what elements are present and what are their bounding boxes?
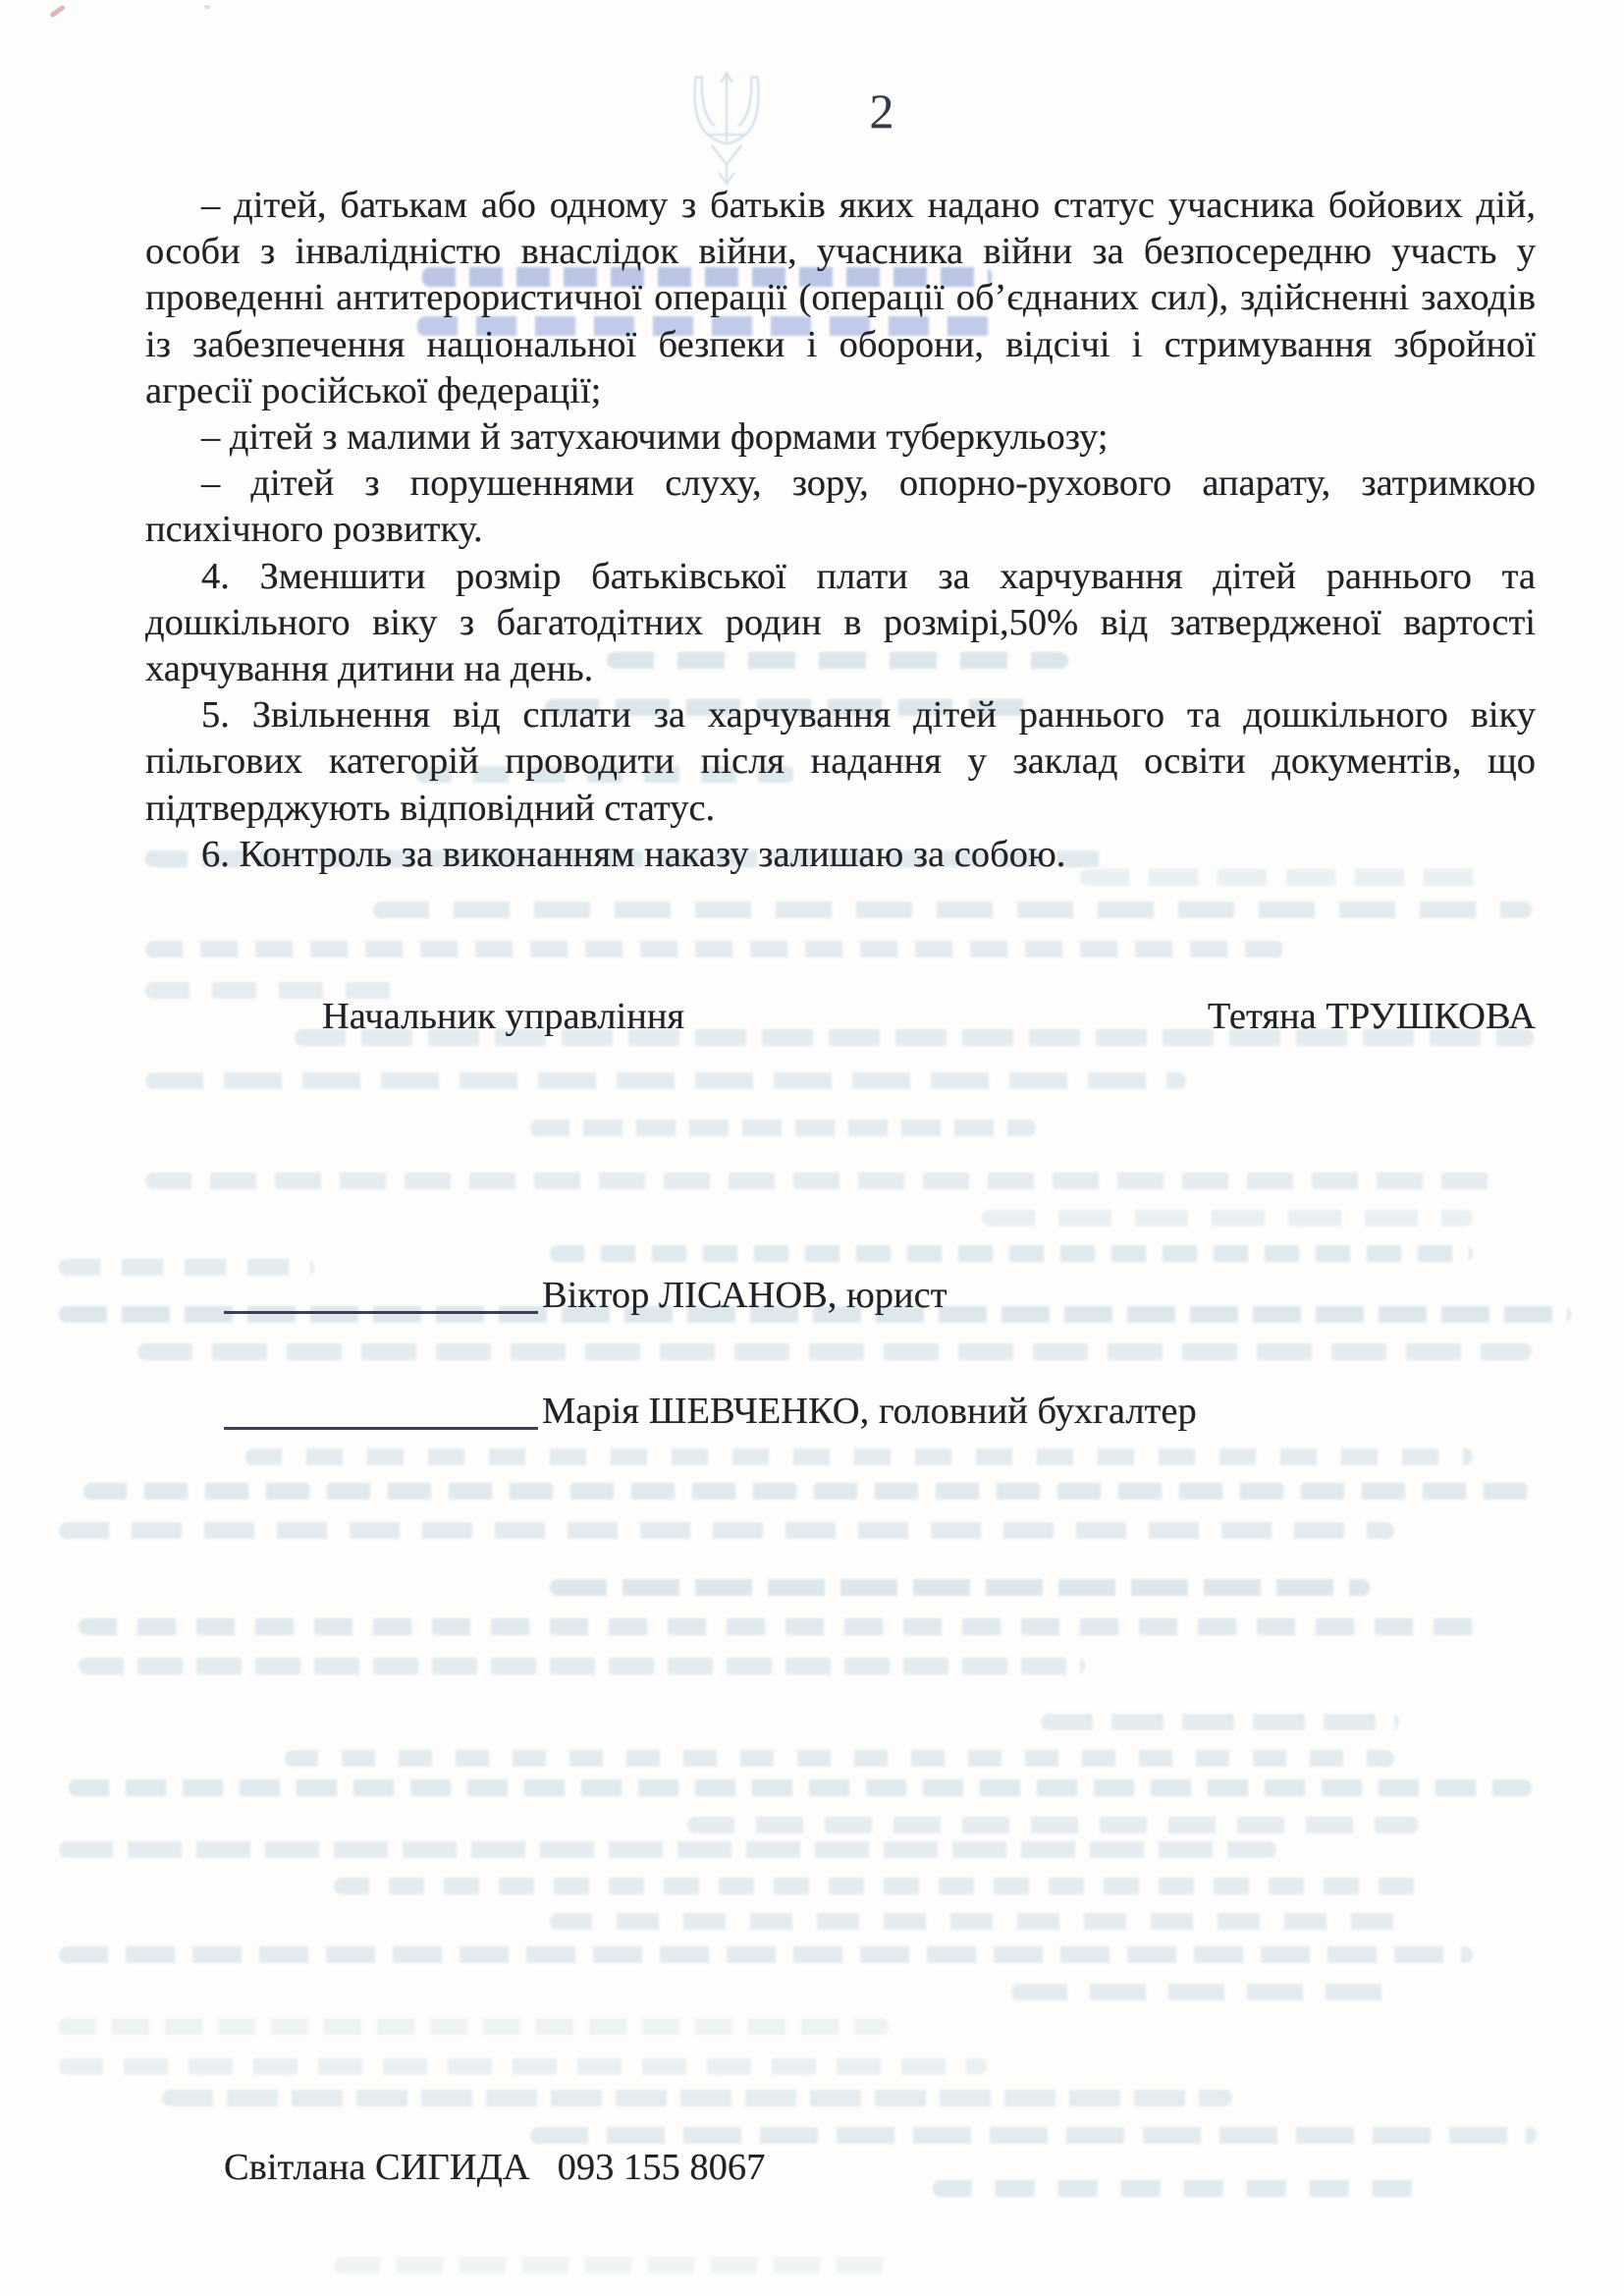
bleed-through-line bbox=[69, 1779, 1532, 1796]
bleed-through-line bbox=[550, 1579, 1370, 1596]
bleed-through-line bbox=[982, 1210, 1473, 1227]
bleed-through-line bbox=[550, 1913, 1399, 1930]
signatory-name: Марія ШЕВЧЕНКО, головний бухгалтер bbox=[542, 1389, 1197, 1434]
bleed-through-line bbox=[59, 1522, 1394, 1539]
body-paragraph: 4. Зменшити розмір батьківської плати за… bbox=[145, 554, 1536, 693]
signature-row: Марія ШЕВЧЕНКО, головний бухгалтер bbox=[224, 1389, 1197, 1434]
bleed-through-line bbox=[933, 2180, 1424, 2197]
bleed-through-line bbox=[1011, 1984, 1394, 2000]
document-body: – дітей, батькам або одному з батьків як… bbox=[145, 183, 1536, 878]
bleed-through-line bbox=[59, 1946, 1473, 1963]
officials-row: Начальник управління Тетяна ТРУШКОВА bbox=[145, 994, 1536, 1039]
bleed-through-line bbox=[334, 1878, 1419, 1894]
official-name: Тетяна ТРУШКОВА bbox=[1208, 994, 1536, 1039]
contact-name: Світлана СИГИДА bbox=[224, 2147, 530, 2188]
bleed-through-line bbox=[59, 1841, 1276, 1858]
bleed-through-line bbox=[145, 941, 1284, 957]
scan-mark bbox=[49, 4, 66, 18]
bleed-through-line bbox=[145, 1173, 1500, 1189]
signature-line bbox=[224, 1427, 538, 1430]
bleed-through-line bbox=[334, 2257, 889, 2273]
bleed-through-line bbox=[59, 2018, 889, 2035]
body-paragraph: 5. Звільнення від сплати за харчування д… bbox=[145, 692, 1536, 832]
signature-row: Віктор ЛІСАНОВ, юрист bbox=[224, 1273, 947, 1318]
bleed-through-line bbox=[162, 2090, 1232, 2106]
bleed-through-line bbox=[59, 2058, 987, 2075]
bleed-through-line bbox=[530, 2127, 1537, 2144]
bleed-through-line bbox=[550, 1245, 1473, 1262]
official-position: Начальник управління bbox=[322, 994, 684, 1039]
bleed-through-line bbox=[687, 1817, 1419, 1833]
scan-speck bbox=[204, 5, 210, 9]
signatory-name: Віктор ЛІСАНОВ, юрист bbox=[542, 1273, 947, 1318]
body-paragraph: – дітей, батькам або одному з батьків як… bbox=[145, 183, 1536, 414]
bleed-through-line bbox=[137, 1343, 1532, 1360]
bleed-through-line bbox=[285, 1750, 1394, 1767]
body-paragraph: – дітей з малими й затухаючими формами т… bbox=[145, 414, 1536, 461]
scanned-document-page: 2 – дітей, батькам або одному з батьків … bbox=[0, 0, 1624, 2296]
bleed-through-line bbox=[530, 1120, 1036, 1136]
bleed-through-line bbox=[79, 1658, 1085, 1674]
page-number: 2 bbox=[833, 82, 931, 139]
contact-phone: 093 155 8067 bbox=[558, 2147, 766, 2188]
bleed-through-line bbox=[1041, 1714, 1399, 1730]
body-paragraph: – дітей з порушеннями слуху, зору, опорн… bbox=[145, 461, 1536, 553]
body-paragraph: 6. Контроль за виконанням наказу залишаю… bbox=[145, 832, 1536, 878]
bleed-through-line bbox=[79, 1618, 1478, 1635]
ukraine-trident-watermark-icon bbox=[681, 67, 772, 194]
bleed-through-line bbox=[145, 1072, 1186, 1089]
footer-contact: Світлана СИГИДА093 155 8067 bbox=[224, 2145, 765, 2190]
bleed-through-line bbox=[373, 902, 1532, 918]
bleed-through-line bbox=[245, 1449, 1473, 1465]
signature-line bbox=[224, 1311, 538, 1314]
bleed-through-line bbox=[83, 1483, 1537, 1500]
